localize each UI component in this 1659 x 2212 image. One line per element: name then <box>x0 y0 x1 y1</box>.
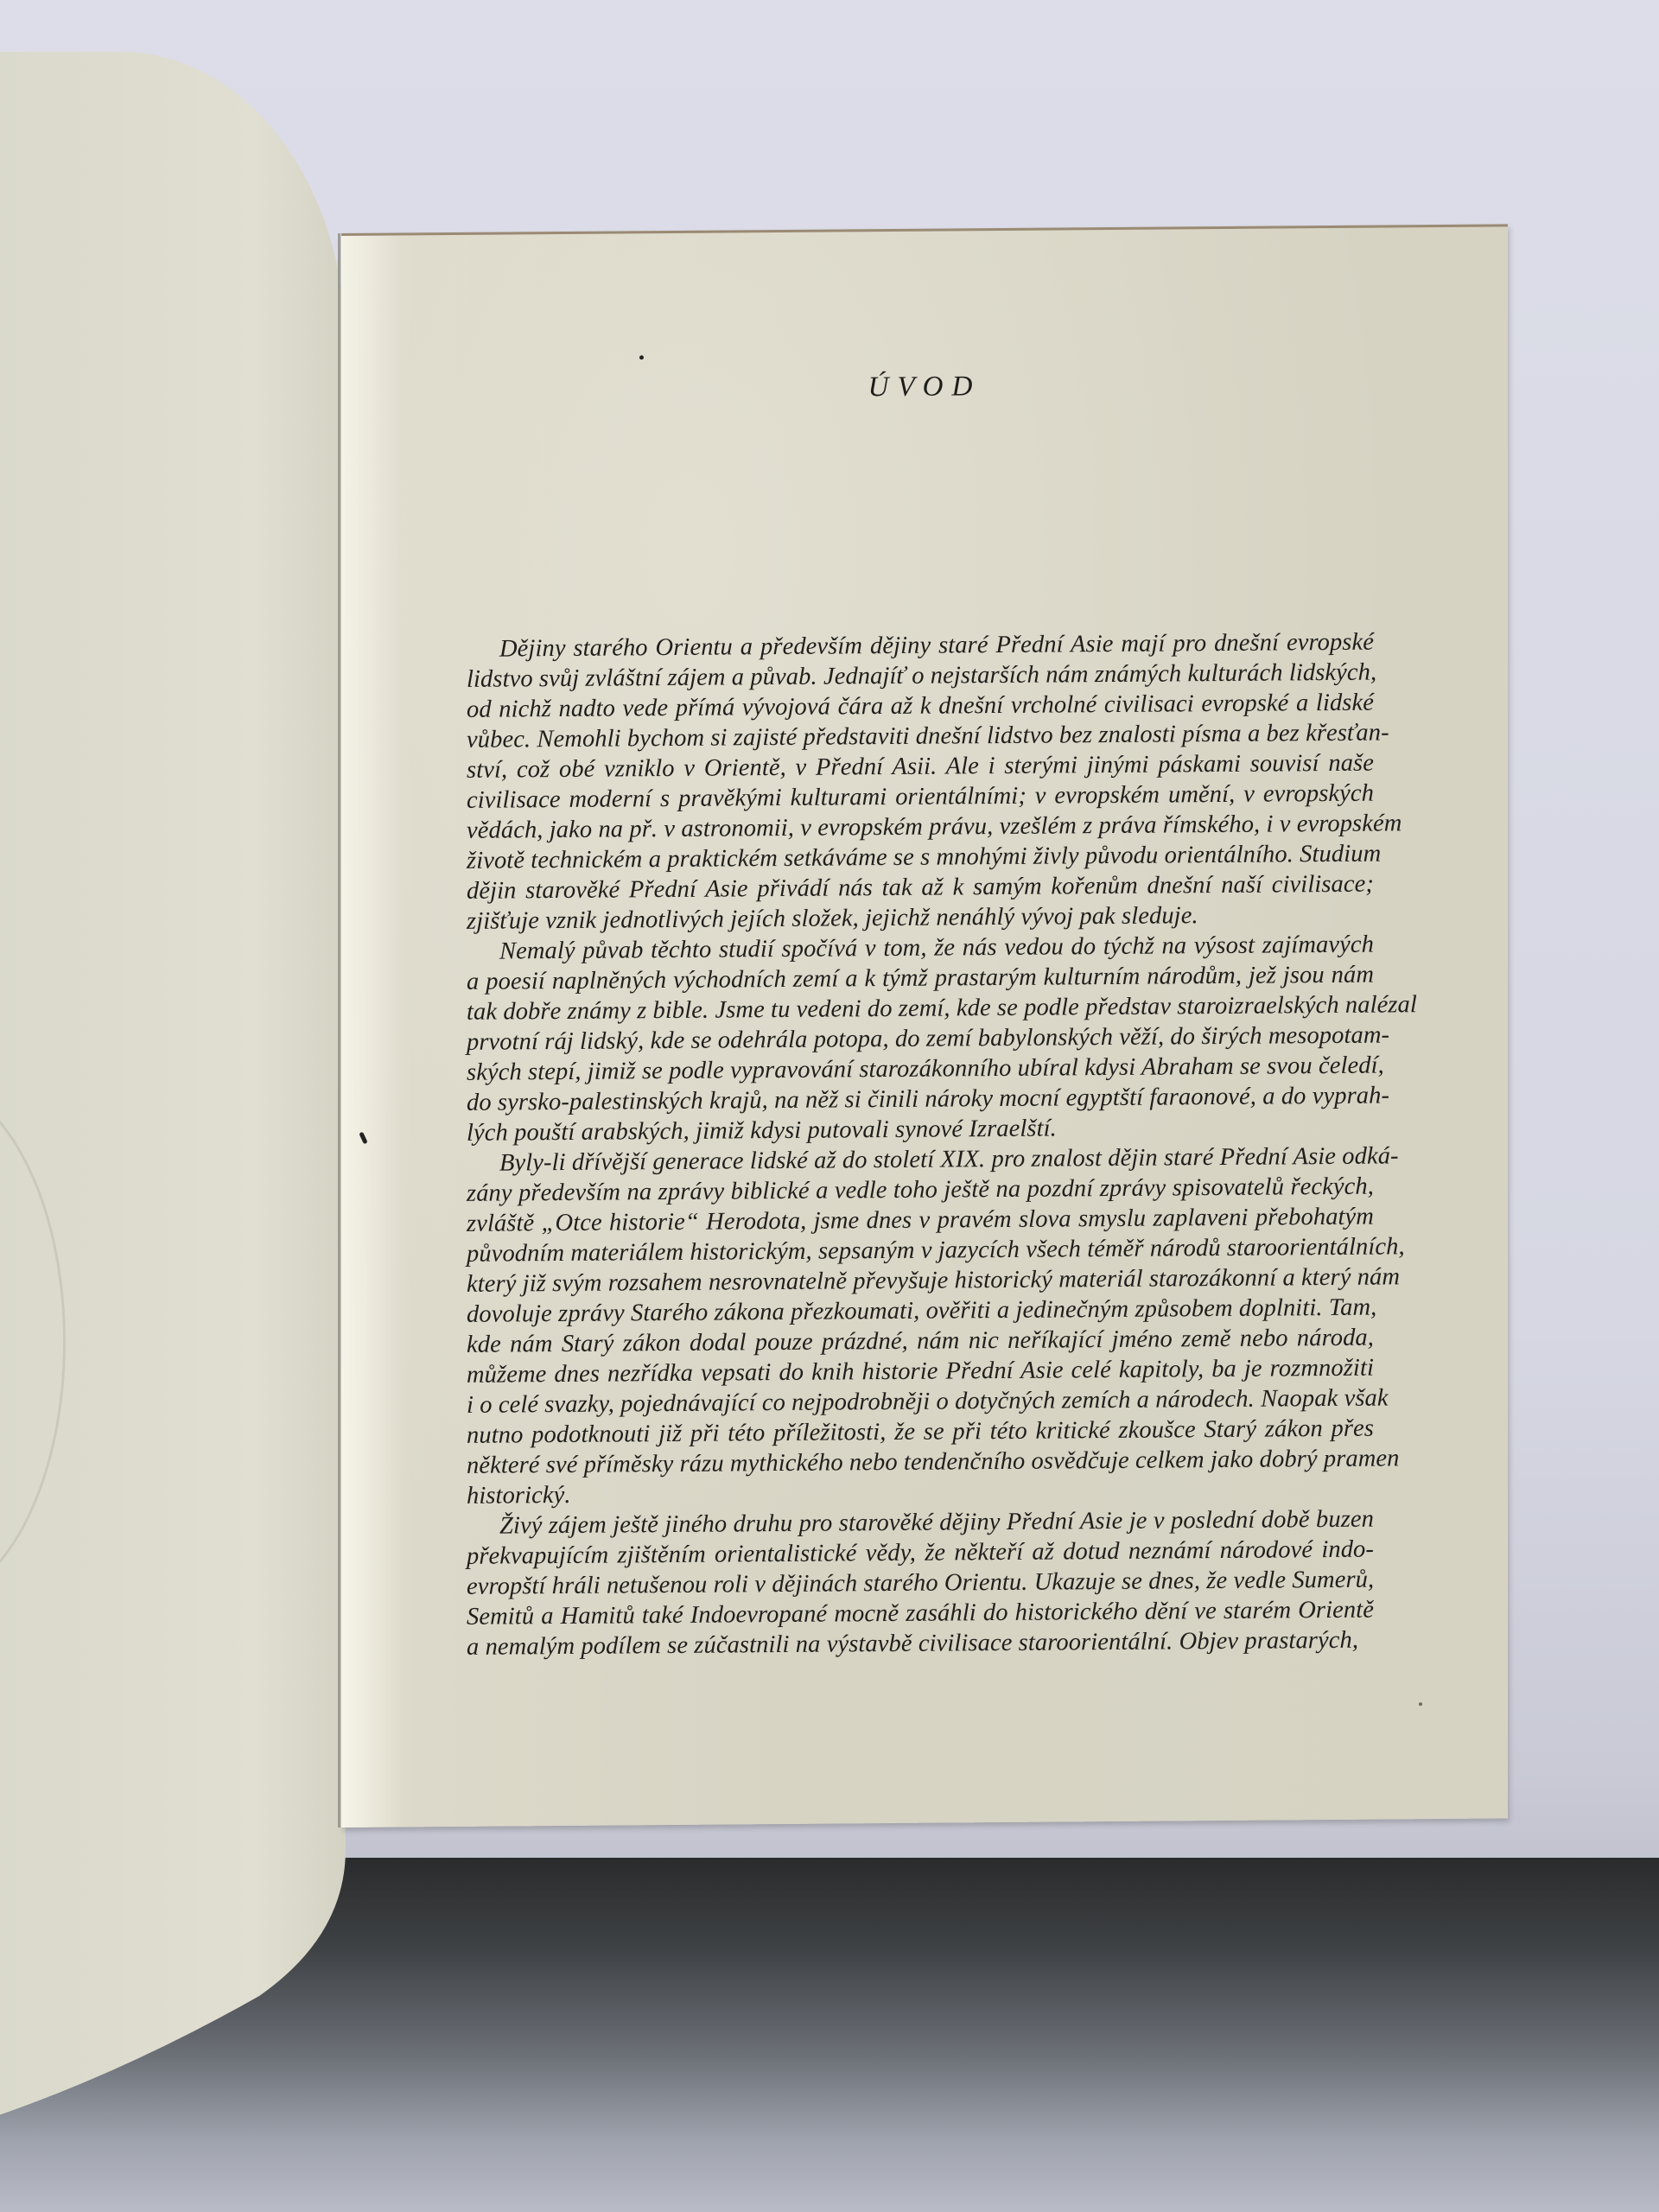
ink-speck <box>1419 1702 1422 1706</box>
body-text: Dějiny starého Orientu a především dějin… <box>467 627 1374 1662</box>
right-page: ÚVOD Dějiny starého Orientu a především … <box>341 224 1508 1827</box>
chapter-title: ÚVOD <box>341 366 1508 408</box>
paragraph: Živý zájem ještě jiného druhu pro starov… <box>467 1504 1374 1662</box>
text-line: a nemalým podílem se zúčastnili na výsta… <box>467 1625 1374 1662</box>
paragraph: Nemalý půvab těchto studií spočívá v tom… <box>467 930 1374 1148</box>
photo-scene: ÚVOD Dějiny starého Orientu a především … <box>0 0 1659 2212</box>
paragraph: Dějiny starého Orientu a především dějin… <box>467 627 1374 937</box>
page-top-edge <box>341 224 1508 236</box>
paragraph: Byly-li dřívější generace lidské až do s… <box>467 1141 1374 1511</box>
gutter <box>338 233 340 1827</box>
left-page <box>0 52 346 2177</box>
ink-speck <box>639 355 644 359</box>
